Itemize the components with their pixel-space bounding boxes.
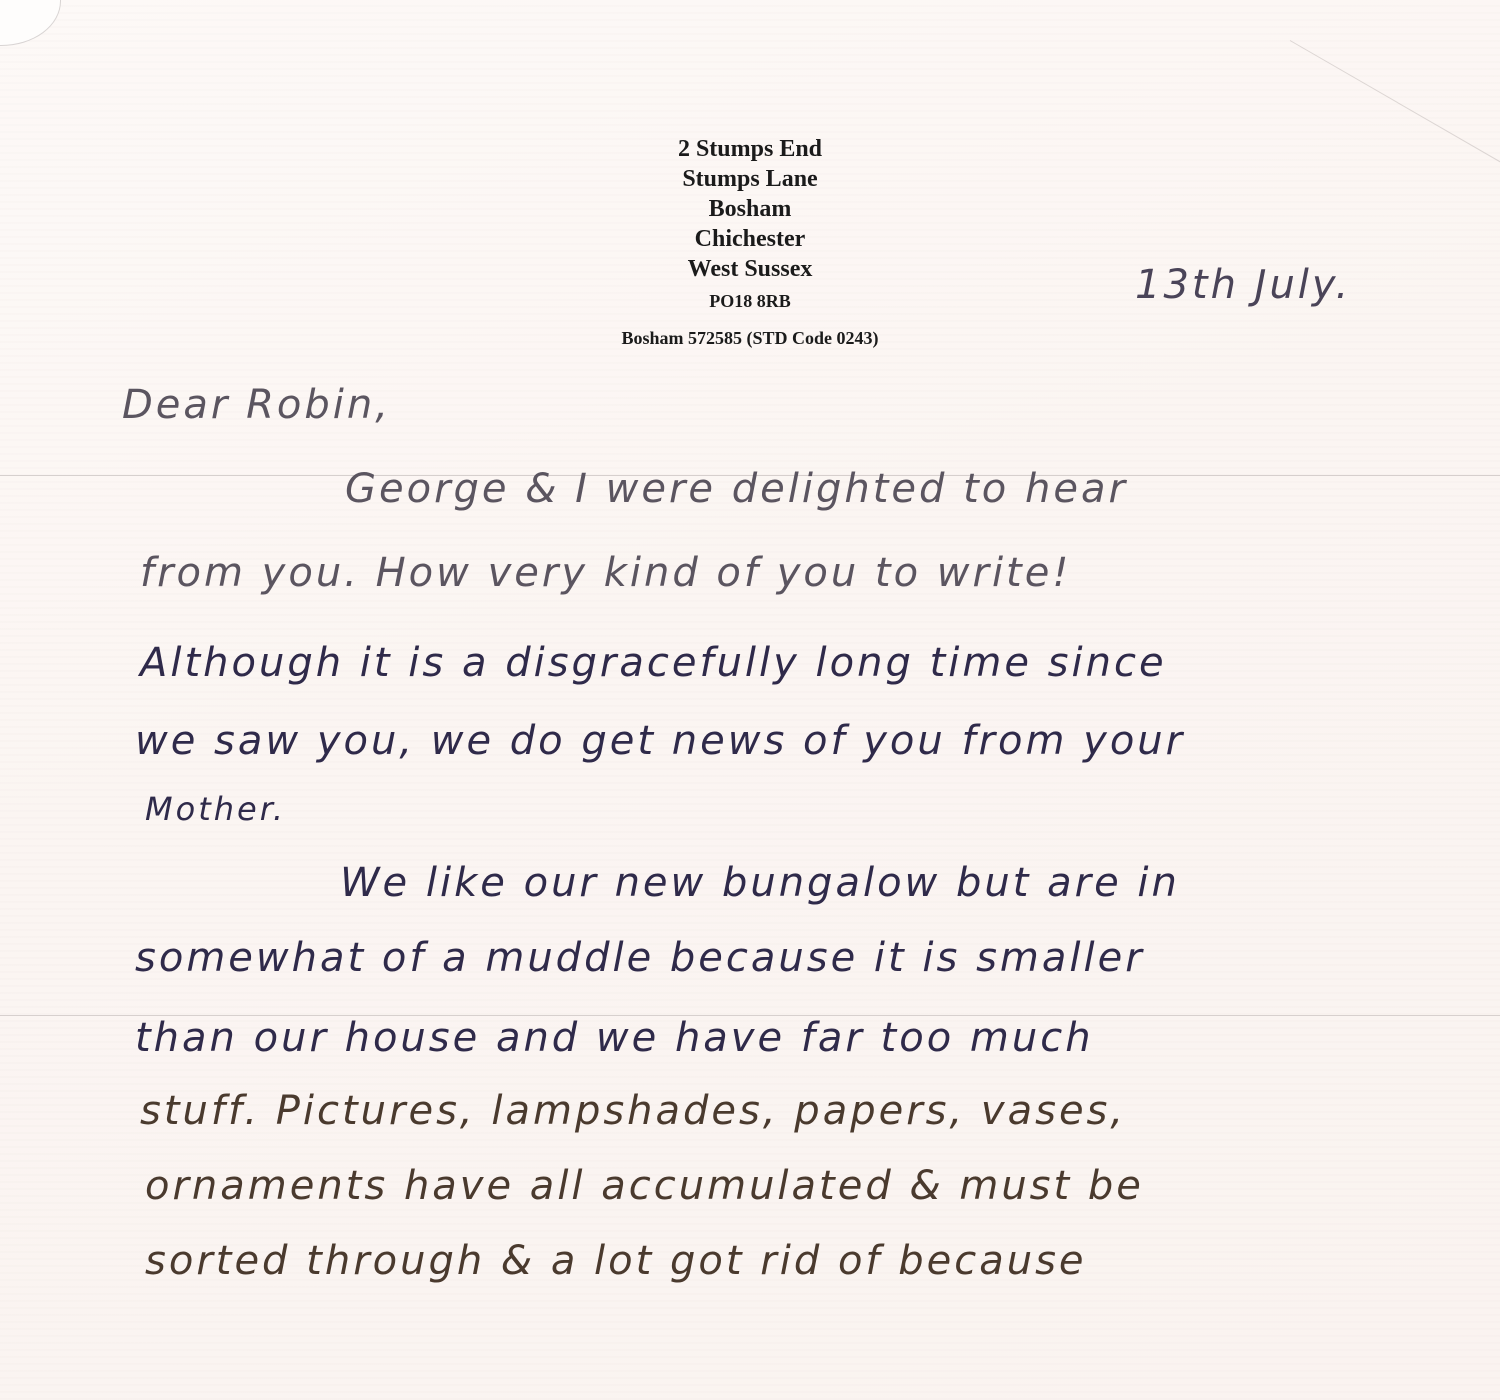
phone-number: Bosham 572585 (STD Code 0243) (560, 320, 940, 356)
body-line-8: than our house and we have far too much (135, 1015, 1094, 1061)
body-line-9: stuff. Pictures, lampshades, papers, vas… (140, 1088, 1126, 1134)
address-line-4: Chichester (560, 224, 940, 254)
address-line-2: Stumps Lane (560, 164, 940, 194)
postcode: PO18 8RB (560, 284, 940, 318)
body-line-3: Although it is a disgracefully long time… (140, 640, 1167, 686)
salutation: Dear Robin, (122, 382, 391, 428)
body-line-4: we saw you, we do get news of you from y… (135, 718, 1185, 764)
address-line-3: Bosham (560, 194, 940, 224)
body-line-5: Mother. (145, 790, 286, 828)
letterhead: 2 Stumps End Stumps Lane Bosham Chichest… (560, 134, 940, 356)
address-line-5: West Sussex (560, 254, 940, 284)
body-line-10: ornaments have all accumulated & must be (145, 1163, 1144, 1209)
body-line-11: sorted through & a lot got rid of becaus… (145, 1238, 1087, 1284)
body-line-6: We like our new bungalow but are in (340, 860, 1180, 906)
body-line-1: George & I were delighted to hear (345, 466, 1128, 512)
body-line-7: somewhat of a muddle because it is small… (135, 935, 1145, 981)
body-line-2: from you. How very kind of you to write! (140, 550, 1071, 596)
letter-date: 13th July. (1135, 262, 1351, 308)
address-line-1: 2 Stumps End (560, 134, 940, 164)
